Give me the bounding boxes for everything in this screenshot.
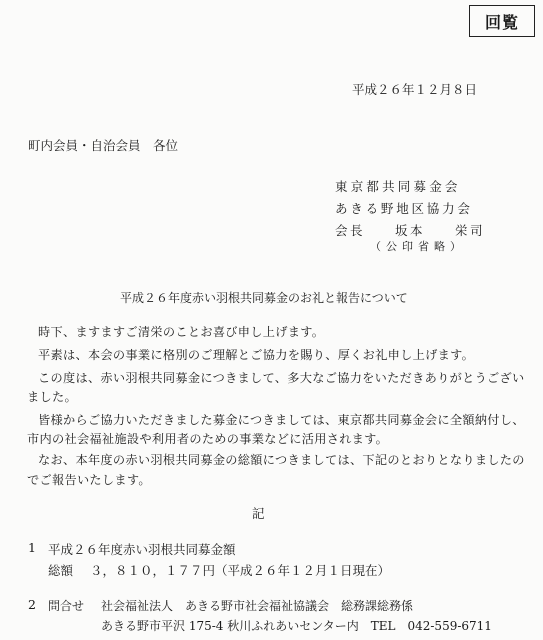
sender-branch: あきる野地区協力会 <box>335 199 473 217</box>
sender-chair: 会長 坂本 栄司 <box>335 221 485 239</box>
item-number: 1 <box>28 540 36 555</box>
body-line: 時下、ますますご清栄のことお喜び申し上げます。 <box>38 323 324 340</box>
document-subject: 平成２６年度赤い羽根共同募金のお礼と報告について <box>120 289 408 306</box>
total-label: 総額 <box>48 561 73 579</box>
stamp-label: 回覧 <box>485 10 519 33</box>
contact-organization: 社会福祉法人 あきる野市社会福祉協議会 総務課総務係 <box>101 597 413 614</box>
body-line: 市内の社会福祉施設や利用者のための事業などに活用されます。 <box>27 430 388 447</box>
contact-address: あきる野市平沢 175-4 秋川ふれあいセンター内 TEL 042-559-67… <box>101 617 492 634</box>
seal-note: （公印省略） <box>370 238 466 254</box>
notes-heading: 記 <box>252 504 265 522</box>
addressee: 町内会員・自治会員 各位 <box>28 136 178 154</box>
sender-org: 東京都共同募金会 <box>335 177 461 195</box>
circulation-stamp: 回覧 <box>469 5 535 37</box>
body-line: なお、本年度の赤い羽根共同募金の総額につきましては、下記のとおりとなりましたの <box>38 451 525 468</box>
document-date: 平成２６年１２月８日 <box>352 80 477 98</box>
body-line: ました。 <box>27 388 77 405</box>
item-number: 2 <box>28 597 36 612</box>
total-amount: ３，８１０，１７７円（平成２６年１２月１日現在） <box>90 561 390 579</box>
item-title: 平成２６年度赤い羽根共同募金額 <box>48 540 236 558</box>
body-line: 平素は、本会の事業に格別のご理解とご協力を賜り、厚くお礼申し上げます。 <box>38 346 474 363</box>
body-line: この度は、赤い羽根共同募金につきまして、多大なご協力をいただきありがとうござい <box>38 369 525 386</box>
body-line: でご報告いたします。 <box>27 471 151 488</box>
body-line: 皆様からご協力いただきました募金につきましては、東京都共同募金会に全額納付し、 <box>38 411 525 428</box>
item-title: 問合せ <box>48 597 84 614</box>
